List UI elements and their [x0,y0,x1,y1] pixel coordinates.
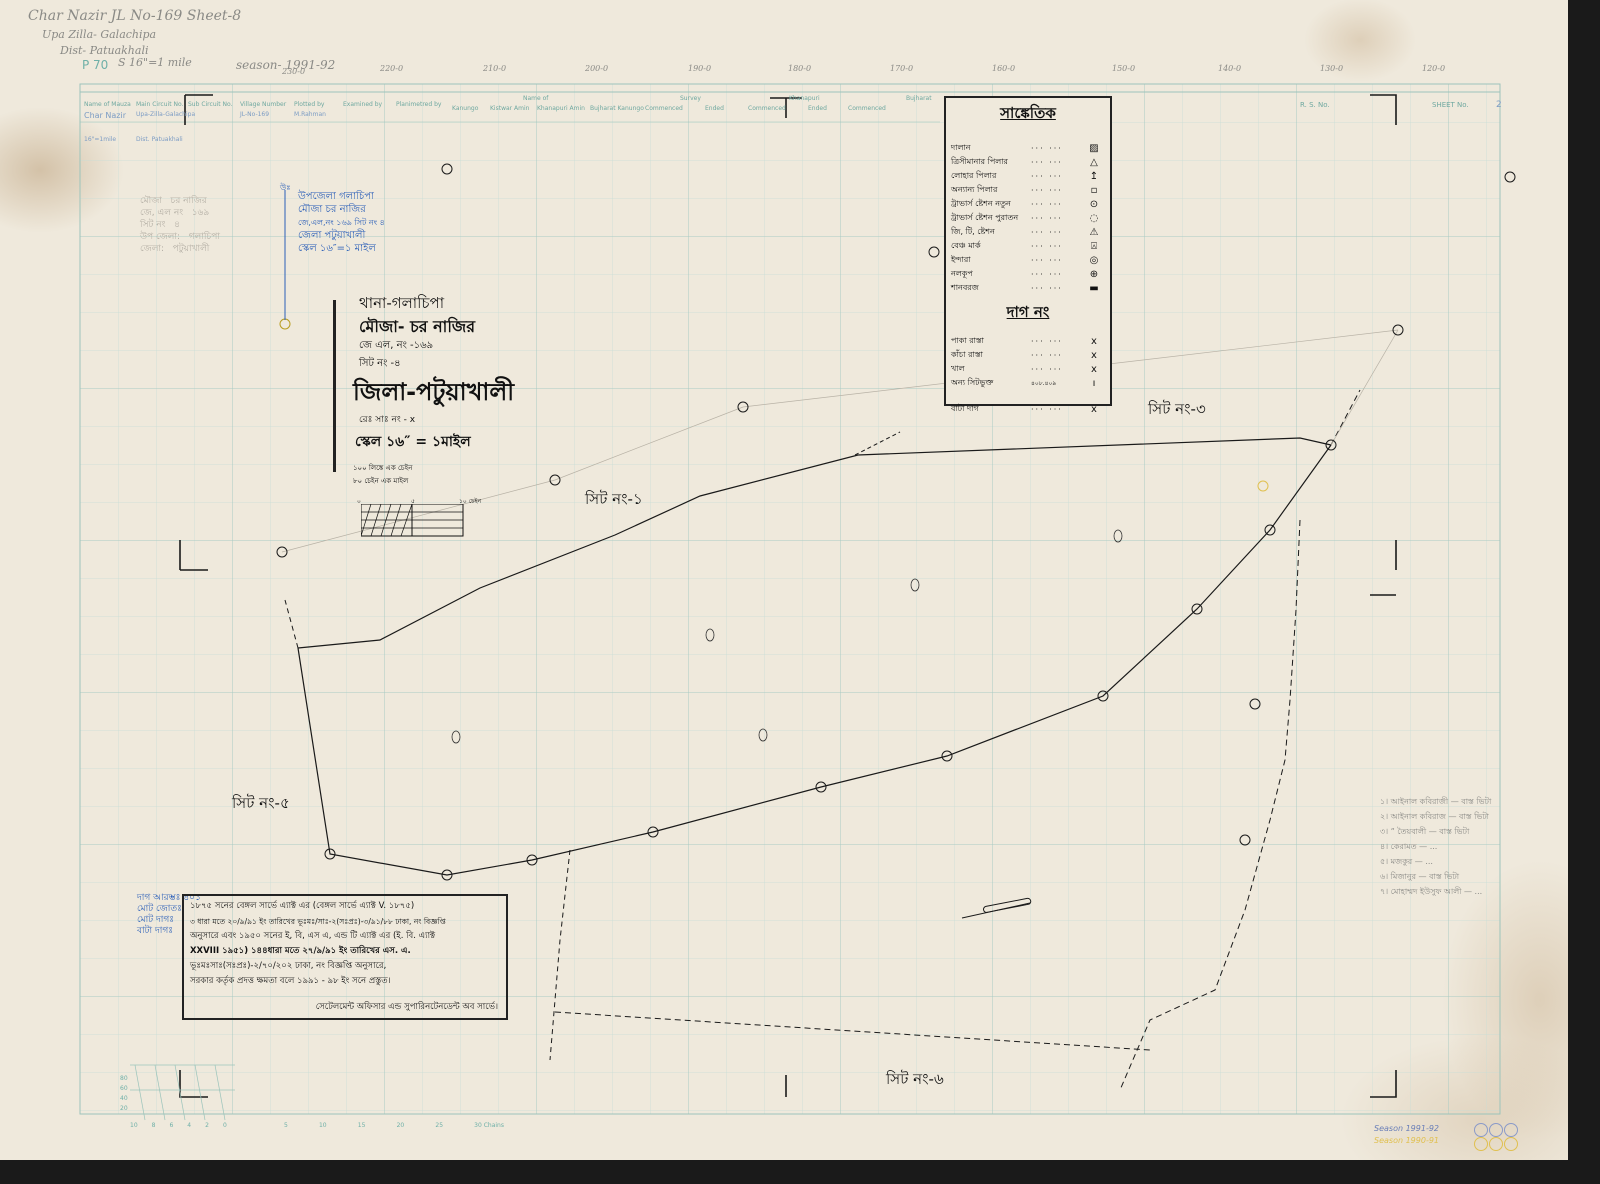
adjacent-sheet-3: সিট নং-৩ [1148,398,1206,423]
legend-label: বেঞ্চ মার্ক [946,240,1031,253]
blue-annotation-line: জেলা পটুয়াখালী [298,229,385,242]
legend-label: ত্রিসীমানার পিলার [946,156,1031,169]
legend-label: পাকা রাস্তা [946,335,1031,348]
season-1991-92: Season 1991-92 [1374,1124,1439,1133]
sheet-no-label: SHEET No. [1432,101,1469,109]
owner-note-line: ৫। মজকুর — ... [1380,854,1491,869]
legend-label: ট্রাভার্স ষ্টেশন পুরাতন [946,212,1031,225]
season-rings-yellow-icon [1474,1136,1519,1155]
scale-tick: 0 [223,1122,227,1129]
tubewell-icon: ⊕ [1081,269,1107,280]
grid-coord: 130-0 [1320,64,1343,73]
scale-tick: 20 [120,1104,128,1114]
dashed-circle-icon: ◌ [1081,213,1107,224]
square-icon: ▫ [1081,185,1107,196]
blue-annotation-line: জে,এল,নং ১৬৯ সিট নং ৪ [298,216,385,229]
faded-cell: জেলা: [140,244,164,254]
legend-plot-title: দাগ নং [946,301,1110,326]
scale-tick: 40 [120,1094,128,1104]
rs-no-bn: রেঃ সাঃ নং - x [359,412,415,427]
legend-item-other-sheet: অন্য সিটভুক্ত৪০৮.৪০৯ı [946,376,1110,390]
legend-label: দালান [946,142,1031,155]
owner-notes: ১। আইনাল কবিরাজী — বাস্ত ভিটা ২। আইনাল ক… [1380,794,1491,899]
legend-item-ghat: শানবরজ··· ···▬ [946,281,1110,295]
blue-annotation-prefix: উঃ [280,182,291,195]
settlement-certificate: ১৮৭৫ সনের বেঙ্গল সার্ভে এ্যাক্ট এর (বেঙ্… [182,894,508,1020]
col-kistwar-amin: Kistwar Amin [490,105,529,112]
col-survey-ended: Ended [705,105,724,112]
legend-label: নলকূপ [946,268,1031,281]
value-plotted-by: M.Rahman [294,111,326,118]
title-bar [333,300,336,472]
value-district: Dist. Patuakhali [136,136,183,143]
cert-line: ভূঃমঃসাঃ(সঃপ্রঃ)-২/৭০/২০২ ঢাকা, নং বিজ্ঞ… [190,959,500,974]
legend-item-traverse-old: ট্রাভার্স ষ্টেশন পুরাতন··· ···◌ [946,211,1110,225]
col-examined-by: Examined by [343,101,382,108]
well-icon: ◎ [1081,255,1107,266]
faded-cell: ৪ [174,220,180,230]
circle-dot-icon: ⊙ [1081,199,1107,210]
cert-line: ১৮৭৫ সনের বেঙ্গল সার্ভে এ্যাক্ট এর (বেঙ্… [190,899,500,914]
pencil-note-mauza: Char Nazir JL No-169 Sheet-8 [28,8,241,24]
col-bujharat-commenced: Commenced [848,105,886,112]
col-khanapuri-ended: Ended [808,105,827,112]
col-bujharat-kanungo: Bujharat Kanungo [590,105,644,112]
cert-line: ৩ ধারা মতে ২০/৯/৯১ ইং তারিখের ভূঃমঃ/সাঃ-… [190,914,500,929]
owner-note-line: ৪। কেরামত — ... [1380,839,1491,854]
scale-tick: 2 [205,1122,209,1129]
blue-annotation-line: স্কেল ১৬″=১ মাইল [298,242,385,255]
scale-tick: 25 [435,1122,443,1129]
scale-tick: 20 [397,1122,405,1129]
grid-coord: 170-0 [890,64,913,73]
x-mark-icon: x [1081,336,1107,347]
scale-tick: 8 [152,1122,156,1129]
scale-left-ticks: 10 8 6 4 2 0 [130,1122,227,1129]
grid-coord: 200-0 [585,64,608,73]
cert-line: XXVIII ১৯৫১) ১৪৪ধারা মতে ২৭/৯/৯১ ইং তারি… [190,944,500,959]
faded-cell: উপ জেলা: [140,232,180,242]
x-mark-icon: x [1081,404,1107,415]
hatched-box-icon: ▨ [1081,143,1107,154]
group-bujharat: Bujharat [906,95,932,102]
faded-cell: গলাচিপা [189,232,220,242]
tick-mark-icon: ı [1081,378,1107,389]
scale-tick: 30 Chains [474,1122,504,1129]
grid-coord: 220-0 [380,64,403,73]
owner-note-line: ৩। ” তৈয়বালী — বাস্ত ভিটা [1380,824,1491,839]
legend-label: খাল [946,363,1031,376]
legend-item-tubewell: নলকূপ··· ···⊕ [946,267,1110,281]
blue-annotation-line: মৌজা চর নাজির [298,203,385,216]
adjacent-sheet-6: সিট নং-৬ [886,1068,944,1093]
scale-tick: 60 [120,1084,128,1094]
faded-pencil-table: মৌজা চর নাজির জে, এল নং ১৬৯ সিট নং ৪ উপ … [140,195,220,255]
map-legend: সাঙ্কেতিক দালান··· ···▨ ত্রিসীমানার পিলা… [944,96,1112,406]
legend-item-building: দালান··· ···▨ [946,141,1110,155]
scale-tick: 10 [130,1122,138,1129]
col-khanapuri-amin: Khanapuri Amin [537,105,585,112]
legend-item-other-pillar: অন্যান্য পিলার··· ···▫ [946,183,1110,197]
sheet-no-value: 2 [1496,100,1502,110]
mouza-label: মৌজা- চর নাজির [359,314,475,341]
scale-tick: 5 [284,1122,288,1129]
group-name-of: Name of [523,95,548,102]
value-mauza: Char Nazir [84,111,126,120]
cert-signer: সেটেলমেন্ট অফিসার এন্ড সুপারিনটেনডেন্ট অ… [316,1000,498,1015]
x-mark-icon: x [1081,364,1107,375]
grid-coord: 210-0 [483,64,506,73]
legend-label: অন্যান্য পিলার [946,184,1031,197]
blue-annotation: উপজেলা গলাচিপা মৌজা চর নাজির জে,এল,নং ১৬… [298,190,385,255]
jl-no-label: জে এল, নং -১৬৯ [359,338,433,355]
owner-note-line: ২। আইনাল কবিরাজ — বাস্ত ভিটা [1380,809,1491,824]
grid-coord: 150-0 [1112,64,1135,73]
col-main-circuit: Main Circuit No. [136,101,183,108]
legend-mid-value: ৪০৮.৪০৯ [1031,378,1081,389]
owner-note-line: ৬। মিজানুর — বাস্ত ভিটা [1380,869,1491,884]
scale-tick: 15 [358,1122,366,1129]
scale-label: স্কেল ১৬″ = ১মাইল [355,430,471,454]
grid-coord: 120-0 [1422,64,1445,73]
group-survey: Survey [680,95,701,102]
ghat-icon: ▬ [1081,283,1107,294]
group-khanapuri: Khanapuri [789,95,820,102]
value-main-circuit: Upa-Zilla-Galachipa [136,111,195,118]
x-mark-icon: x [1081,350,1107,361]
rs-no-label: R. S. No. [1300,101,1330,109]
plate-id: P 70 [82,58,108,72]
faded-cell: চর নাজির [170,196,206,206]
adjacent-sheet-1: সিট নং-১ [585,488,643,513]
owner-note-line: ১। আইনাল কবিরাজী — বাস্ত ভিটা [1380,794,1491,809]
map-sheet: Char Nazir JL No-169 Sheet-8 Upa Zilla- … [0,0,1568,1160]
gt-station-icon: ⚠ [1081,227,1107,238]
scale-tick: 80 [120,1074,128,1084]
grid-coord: 180-0 [788,64,811,73]
legend-label: জি, টি, ষ্টেশন [946,226,1031,239]
col-planimetred-by: Planimetred by [396,101,441,108]
col-sub-circuit: Sub Circuit No. [188,101,233,108]
col-name-of-mauza: Name of Mauza [84,101,131,108]
grid-coord: 140-0 [1218,64,1241,73]
legend-label: কাঁচা রাস্তা [946,349,1031,362]
blue-annotation-line: উপজেলা গলাচিপা [298,190,385,203]
grid-coord: 190-0 [688,64,711,73]
faded-cell: সিট নং [140,220,166,230]
chain-note-2: ৮০ চেইন এক মাইল [353,475,408,487]
legend-item-kutcha-road: কাঁচা রাস্তা··· ···x [946,348,1110,362]
sheet-no-label-bn: সিট নং -৪ [359,356,401,373]
pencil-note-upazila: Upa Zilla- Galachipa [42,28,156,41]
legend-title: সাঙ্কেতিক [946,102,1110,127]
cert-line: অনুসারে এবং ১৯৫০ সনের ই, বি, এস এ, এন্ড … [190,929,500,944]
col-khanapuri-commenced: Commenced [748,105,786,112]
faded-cell: ১৬৯ [192,208,210,218]
chain-note-1: ১০০ লিঙ্কে এক চেইন [353,462,412,474]
legend-item-paved-road: পাকা রাস্তা··· ···x [946,334,1110,348]
value-village-number: JL-No-169 [240,111,269,118]
benchmark-icon: ⍓ [1081,241,1107,252]
legend-item-trijunction-pillar: ত্রিসীমানার পিলার··· ···△ [946,155,1110,169]
legend-label: অন্য সিটভুক্ত [946,377,1031,390]
grid-coord: 230-0 [282,67,305,76]
legend-label: ইন্দারা [946,254,1031,267]
faded-cell: পটুয়াখালী [173,244,210,254]
scale-vertical-ticks: 80 60 40 20 [120,1074,128,1114]
legend-item-iron-pillar: লোহার পিলার··· ···↥ [946,169,1110,183]
iron-pillar-icon: ↥ [1081,171,1107,182]
legend-item-canal: খাল··· ···x [946,362,1110,376]
cert-line: সরকার কর্তৃক প্রদত্ত ক্ষমতা বলে ১৯৯১ - ৯… [190,974,500,989]
legend-item-well: ইন্দারা··· ···◎ [946,253,1110,267]
scale-right-ticks: 5 10 15 20 25 30 Chains [284,1122,504,1129]
triangle-icon: △ [1081,157,1107,168]
faded-cell: জে, এল নং [140,208,183,218]
col-survey-commenced: Commenced [645,105,683,112]
season-1990-91: Season 1990-91 [1374,1136,1439,1145]
faded-cell: মৌজা [140,196,162,206]
legend-label: লোহার পিলার [946,170,1031,183]
diagonal-scale-bar [361,504,465,538]
adjacent-sheet-5: সিট নং-৫ [232,792,290,817]
legend-label: বাটা দাগ [946,403,1031,416]
legend-item-split-plot: বাটা দাগ··· ···x [946,402,1110,416]
scale-tick: 6 [169,1122,173,1129]
owner-note-line: ৭। মোহাম্মদ ইউসুফ আলী — ... [1380,884,1491,899]
col-village-number: Village Number [240,101,286,108]
col-kanungo: Kanungo [452,105,478,112]
value-scale: 16"=1mile [84,136,116,143]
scale-tick: 10 [319,1122,327,1129]
district-label: জিলা-পটুয়াখালী [353,374,514,414]
legend-item-benchmark: বেঞ্চ মার্ক··· ···⍓ [946,239,1110,253]
legend-item-traverse-new: ট্রাভার্স ষ্টেশন নতুন··· ···⊙ [946,197,1110,211]
scale-tick: 4 [187,1122,191,1129]
legend-label: ট্রাভার্স ষ্টেশন নতুন [946,198,1031,211]
legend-label: শানবরজ [946,282,1031,295]
pencil-note-scale: S 16"=1 mile [118,56,192,69]
legend-item-gt-station: জি, টি, ষ্টেশন··· ···⚠ [946,225,1110,239]
col-plotted-by: Plotted by [294,101,324,108]
grid-coord: 160-0 [992,64,1015,73]
